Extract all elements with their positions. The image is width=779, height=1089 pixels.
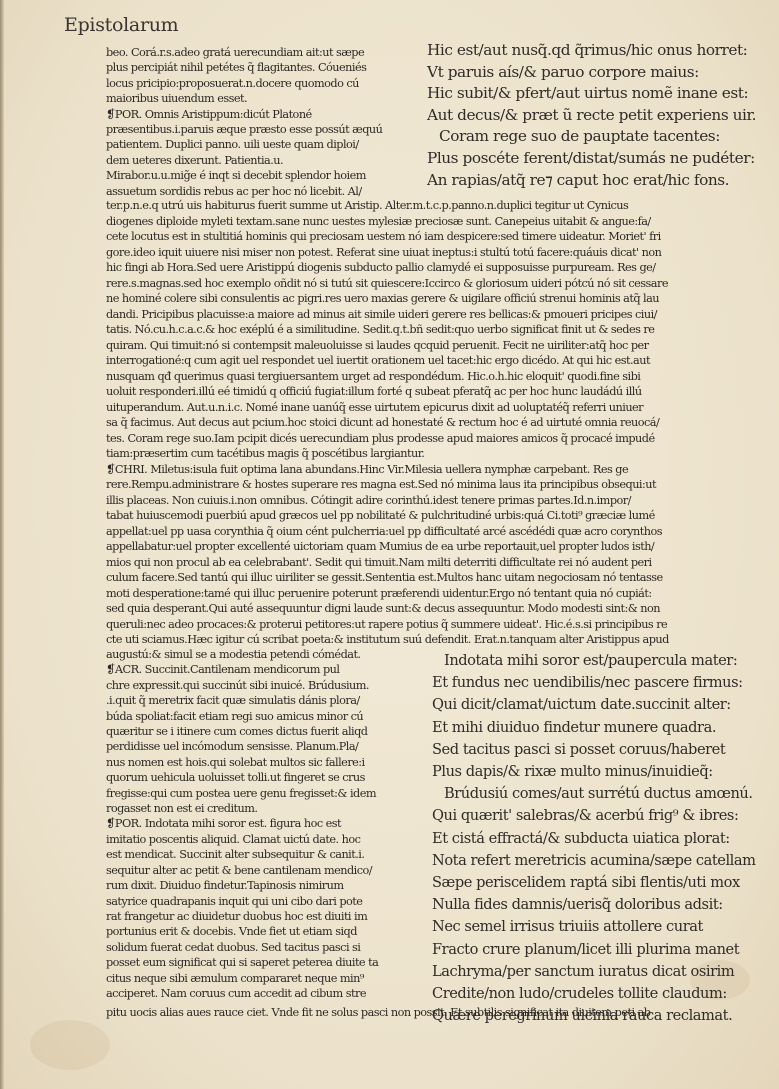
commentary-line: quorum uehicula uoluisset tolli.ut finge… [106,770,426,785]
commentary-line: Mirabor.u.u.mig̃e é inqt si decebit sple… [106,168,424,183]
commentary-line: sa q̃ facimus. Aut decus aut pcium.hoc s… [106,415,766,431]
verse-line: An rapias/atq̃ re⁊ caput hoc erat/hic fo… [427,170,756,192]
commentary-line: tes. Coram rege suo.Iam pcipit dicés uer… [106,431,766,447]
verse-line: Nota refert meretricis acumina/sæpe cate… [432,850,756,872]
verse-line: Coram rege suo de pauptate tacentes: [427,126,756,148]
verse-line: Hic subit/& pfert/aut uirtus nomẽ inane … [427,83,756,105]
commentary-line: chre expressit.qui succinút sibi inuicé.… [106,678,426,693]
commentary-line: moti desperatione:tamé qui illuc perueni… [106,586,766,602]
verse-line: Sed tacitus pasci si posset coruus/haber… [432,739,756,761]
verse-line: Plus poscéte ferent/distat/sumás ne pudé… [427,148,756,170]
commentary-line: maioribus uiuendum esset. [106,91,424,106]
commentary-line: appellabatur:uel propter excellenté uict… [106,539,766,555]
commentary-line: plus percipiát nihil petétes q̃ flagitan… [106,60,424,75]
commentary-line: cete locutus est in stultitiá hominis qu… [106,229,766,245]
verse-line: Indotata mihi soror est/paupercula mater… [432,650,756,672]
commentary-line-chri: ❡CHRI. Miletus:isula fuit optima lana ab… [106,462,766,478]
commentary-line: diogenes diploide myleti textam.sane nun… [106,214,766,230]
commentary-line: locus pricipio:proposuerat.n.docere quom… [106,76,424,91]
commentary-line: rere.s.magnas.sed hoc exemplo oñdit nó s… [106,276,766,292]
commentary-line: rogasset non est ei creditum. [106,801,426,816]
commentary-line: dandi. Pricipibus placuisse:a maiore ad … [106,307,766,323]
commentary-line: assuetum sordidis rebus ac per hoc nó li… [106,184,424,199]
lower-commentary-block: augustú:& simul se a modestia petendi có… [106,647,426,1001]
commentary-line: uoluit responderi.illú eé timidú q offic… [106,384,766,400]
verse-line: Aut decus/& præt ũ recte petit experiens… [427,105,756,127]
commentary-line: uituperandum. Aut.u.n.i.c. Nomé inane ua… [106,400,766,416]
commentary-line: sed quia desperant.Qui auté assequuntur … [106,601,766,617]
commentary-line: sequitur alter ac petit & bene cantilena… [106,863,426,878]
page-gutter-edge [0,0,4,1089]
commentary-line: hic fingi ab Hora.Sed uere Aristippú dio… [106,260,766,276]
verse-line: Nulla fides damnis/uerisq̃ doloribus ads… [432,894,756,916]
commentary-line: quiram. Qui timuit:nó si contempsit male… [106,338,766,354]
commentary-line: cte uti sciamus.Hæc igitur cú scribat po… [106,632,766,648]
top-verse-block: Hic est/aut nusq̃.qd q̃rimus/hic onus ho… [427,40,756,191]
commentary-line: imitatio poscentis aliquid. Clamat uictú… [106,832,426,847]
commentary-line: beo. Corá.r.s.adeo gratá uerecundiam ait… [106,45,424,60]
verse-line: Brúdusiú comes/aut surrétú ductus amœnú. [432,783,756,805]
commentary-line: perdidisse uel incómodum sensisse. Planu… [106,739,426,754]
verse-line: Hic est/aut nusq̃.qd q̃rimus/hic onus ho… [427,40,756,62]
verse-line: Lachryma/per sanctum iuratus dicat osiri… [432,961,756,983]
running-head: Epistolarum [64,14,178,36]
wide-commentary-block: ter.p.n.e.q utrú uis habiturus fuerit su… [106,198,766,648]
commentary-line: fregisse:qui cum postea uere genu fregis… [106,786,426,801]
commentary-line: nus nomen est hois.qui solebat multos si… [106,755,426,770]
commentary-line: rum dixit. Diuiduo findetur.Tapinosis ni… [106,878,426,893]
commentary-line: ter.p.n.e.q utrú uis habiturus fuerit su… [106,198,766,214]
paper-stain [30,1020,110,1070]
book-page: Epistolarum beo. Corá.r.s.adeo gratá uer… [0,0,779,1089]
bottom-commentary-line: pitu uocis alias aues rauce ciet. Vnde f… [106,1005,650,1020]
commentary-line-por: ❡POR. Omnis Aristippum:dicút Platoné [106,107,424,122]
verse-line: Plus dapis/& rixæ multo minus/inuidieq̃: [432,761,756,783]
lower-verse-block: Indotata mihi soror est/paupercula mater… [432,650,756,1027]
commentary-line: culum facere.Sed tantú qui illuc uirilit… [106,570,766,586]
commentary-line: gore.ideo iquit uiuere nisi miser non po… [106,245,766,261]
commentary-line: dem ueteres dixerunt. Patientia.u. [106,153,424,168]
commentary-line: mios qui non procul ab ea celebrabant'. … [106,555,766,571]
verse-line: Et cistá effractá/& subducta uiatica plo… [432,828,756,850]
commentary-line: queruli:nec adeo procaces:& proterui pet… [106,617,766,633]
commentary-line: interrogationé:q cum agit uel respondet … [106,353,766,369]
commentary-line: nusquam qđ querimus quasi tergiuersantem… [106,369,766,385]
verse-line: Nec semel irrisus triuiis attollere cura… [432,916,756,938]
verse-line: Et fundus nec uendibilis/nec pascere fir… [432,672,756,694]
verse-line: Fracto crure planum/licet illi plurima m… [432,939,756,961]
commentary-line: búda spoliat:facit etiam regi suo amicus… [106,709,426,724]
commentary-line: .i.quit q̃ meretrix facit quæ simulatis … [106,693,426,708]
commentary-line: rat frangetur ac diuidetur duobus hoc es… [106,909,426,924]
commentary-line: posset eum significat qui si saperet pet… [106,955,426,970]
commentary-line-acr: ❡ACR. Succinit.Cantilenam mendicorum pul [106,662,426,677]
verse-line: Credite/non ludo/crudeles tollite claudu… [432,983,756,1005]
commentary-line: tabat huiuscemodi puerbiú apud græcos ue… [106,508,766,524]
verse-line: Qui quærit' salebras/& acerbú frig⁹ & ib… [432,805,756,827]
commentary-line: pitu uocis alias aues rauce ciet. Vnde f… [106,1005,650,1020]
commentary-line: præsentibus.i.paruis æque præsto esse po… [106,122,424,137]
verse-line: Vt paruis aís/& paruo corpore maius: [427,62,756,84]
commentary-line: patientem. Duplici panno. uili ueste qua… [106,137,424,152]
verse-line: Et mihi diuiduo findetur munere quadra. [432,717,756,739]
commentary-line: portunius erit & docebis. Vnde fiet ut e… [106,924,426,939]
commentary-line: tiam:præsertim cum tacétibus magis q̃ po… [106,446,766,462]
commentary-line: satyrice quadrapanis inquit qui uni cibo… [106,894,426,909]
commentary-line: quæritur se i itinere cum comes dictus f… [106,724,426,739]
commentary-line: illis placeas. Non cuiuis.i.non omnibus.… [106,493,766,509]
commentary-line: acciperet. Nam coruus cum accedit ad cib… [106,986,426,1001]
commentary-line: tatis. Nó.cu.h.c.a.c.& hoc exéplú é a si… [106,322,766,338]
commentary-line: solidum fuerat cedat duobus. Sed tacitus… [106,940,426,955]
commentary-line-por: ❡POR. Indotata mihi soror est. figura ho… [106,816,426,831]
commentary-line: appellat:uel pp uasa corynthia q̃ oium c… [106,524,766,540]
commentary-line: rere.Rempu.administrare & hostes superar… [106,477,766,493]
top-commentary-block: beo. Corá.r.s.adeo gratá uerecundiam ait… [106,45,424,199]
commentary-line: augustú:& simul se a modestia petendi có… [106,647,426,662]
commentary-line: est mendicat. Succinit alter subsequitur… [106,847,426,862]
verse-line: Sæpe periscelidem raptá sibi flentis/uti… [432,872,756,894]
commentary-line: citus neque sibi æmulum compararet neque… [106,971,426,986]
verse-line: Qui dicit/clamat/uictum date.succinit al… [432,694,756,716]
commentary-line: ne hominé colere sibi consulentis ac pig… [106,291,766,307]
